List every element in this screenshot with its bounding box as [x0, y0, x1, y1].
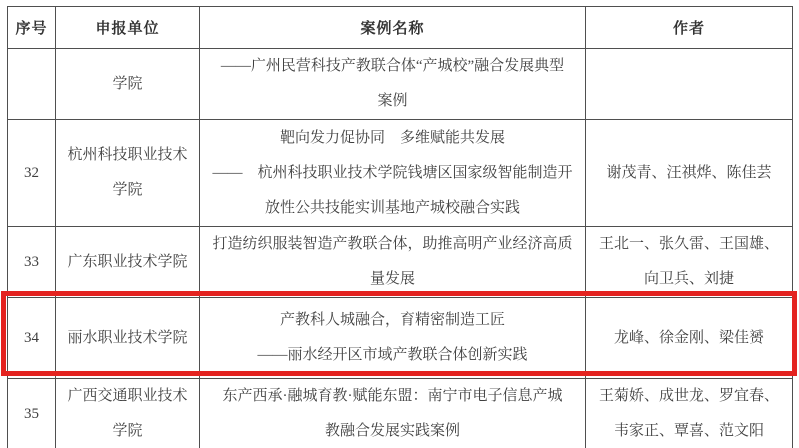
seq-text: 35: [8, 397, 55, 432]
document-page: 序号 申报单位 案例名称 作者 学院 ——广州民营科技产教联合体“产城校”融合发…: [0, 0, 799, 448]
table-row: 32 杭州科技职业技术 学院 靶向发力促协同 多维赋能共发展 —— 杭州科技职业…: [8, 120, 793, 227]
unit-line: 广东职业技术学院: [56, 245, 199, 280]
seq-text: 33: [8, 245, 55, 280]
cell-unit: 广西交通职业技术 学院: [56, 379, 200, 448]
unit-line: 学院: [56, 67, 199, 102]
unit-line: 学院: [56, 173, 199, 208]
table-row: 35 广西交通职业技术 学院 东产西承·融城育教·赋能东盟：南宁市电子信息产城 …: [8, 379, 793, 448]
unit-line: 杭州科技职业技术: [56, 138, 199, 173]
cell-authors: 谢茂青、汪祺烨、陈佳芸: [586, 120, 793, 227]
cell-seq: 35: [8, 379, 56, 448]
unit-line: 丽水职业技术学院: [56, 321, 199, 356]
unit-line: 广西交通职业技术: [56, 379, 199, 414]
cell-authors: [586, 49, 793, 120]
case-line: ——丽水经开区市域产教联合体创新实践: [200, 338, 585, 373]
author-line: 王北一、张久雷、王国雄、: [586, 227, 792, 262]
case-line: 产教科人城融合，育精密制造工匠: [200, 303, 585, 338]
cell-unit: 广东职业技术学院: [56, 227, 200, 298]
cases-table: 序号 申报单位 案例名称 作者 学院 ——广州民营科技产教联合体“产城校”融合发…: [7, 6, 793, 448]
cell-case: 东产西承·融城育教·赋能东盟：南宁市电子信息产城 教融合发展实践案例: [200, 379, 586, 448]
author-line: 韦家正、覃喜、范文阳: [586, 414, 792, 448]
cell-case: 靶向发力促协同 多维赋能共发展 —— 杭州科技职业技术学院钱塘区国家级智能制造开…: [200, 120, 586, 227]
cell-case: 打造纺织服装智造产教联合体，助推高明产业经济高质 量发展: [200, 227, 586, 298]
cell-unit: 丽水职业技术学院: [56, 298, 200, 379]
col-header-seq: 序号: [8, 7, 56, 49]
case-line: 教融合发展实践案例: [200, 414, 585, 448]
table-header-row: 序号 申报单位 案例名称 作者: [8, 7, 793, 49]
case-line: ——广州民营科技产教联合体“产城校”融合发展典型: [200, 49, 585, 84]
cell-authors: 龙峰、徐金刚、梁佳赟: [586, 298, 793, 379]
case-line: —— 杭州科技职业技术学院钱塘区国家级智能制造开: [200, 156, 585, 191]
col-header-case: 案例名称: [200, 7, 586, 49]
cell-seq: 32: [8, 120, 56, 227]
case-line: 案例: [200, 84, 585, 119]
col-header-unit: 申报单位: [56, 7, 200, 49]
cell-seq: [8, 49, 56, 120]
cell-case: ——广州民营科技产教联合体“产城校”融合发展典型 案例: [200, 49, 586, 120]
seq-text: 34: [8, 321, 55, 356]
case-line: 放性公共技能实训基地产城校融合实践: [200, 191, 585, 226]
cell-unit: 学院: [56, 49, 200, 120]
seq-text: 32: [8, 156, 55, 191]
cell-authors: 王菊娇、成世龙、罗宜春、 韦家正、覃喜、范文阳: [586, 379, 793, 448]
author-line: 向卫兵、刘捷: [586, 262, 792, 297]
table-row: 学院 ——广州民营科技产教联合体“产城校”融合发展典型 案例: [8, 49, 793, 120]
cell-seq: 33: [8, 227, 56, 298]
case-line: 东产西承·融城育教·赋能东盟：南宁市电子信息产城: [200, 379, 585, 414]
case-line: 靶向发力促协同 多维赋能共发展: [200, 121, 585, 156]
cell-unit: 杭州科技职业技术 学院: [56, 120, 200, 227]
unit-line: 学院: [56, 414, 199, 448]
case-line: 打造纺织服装智造产教联合体，助推高明产业经济高质: [200, 227, 585, 262]
cell-authors: 王北一、张久雷、王国雄、 向卫兵、刘捷: [586, 227, 793, 298]
author-line: 王菊娇、成世龙、罗宜春、: [586, 379, 792, 414]
case-line: 量发展: [200, 262, 585, 297]
author-line: 龙峰、徐金刚、梁佳赟: [586, 321, 792, 356]
col-header-author: 作者: [586, 7, 793, 49]
cell-seq: 34: [8, 298, 56, 379]
cell-case: 产教科人城融合，育精密制造工匠 ——丽水经开区市域产教联合体创新实践: [200, 298, 586, 379]
table-row-highlighted: 34 丽水职业技术学院 产教科人城融合，育精密制造工匠 ——丽水经开区市域产教联…: [8, 298, 793, 379]
author-line: 谢茂青、汪祺烨、陈佳芸: [586, 156, 792, 191]
table-row: 33 广东职业技术学院 打造纺织服装智造产教联合体，助推高明产业经济高质 量发展…: [8, 227, 793, 298]
